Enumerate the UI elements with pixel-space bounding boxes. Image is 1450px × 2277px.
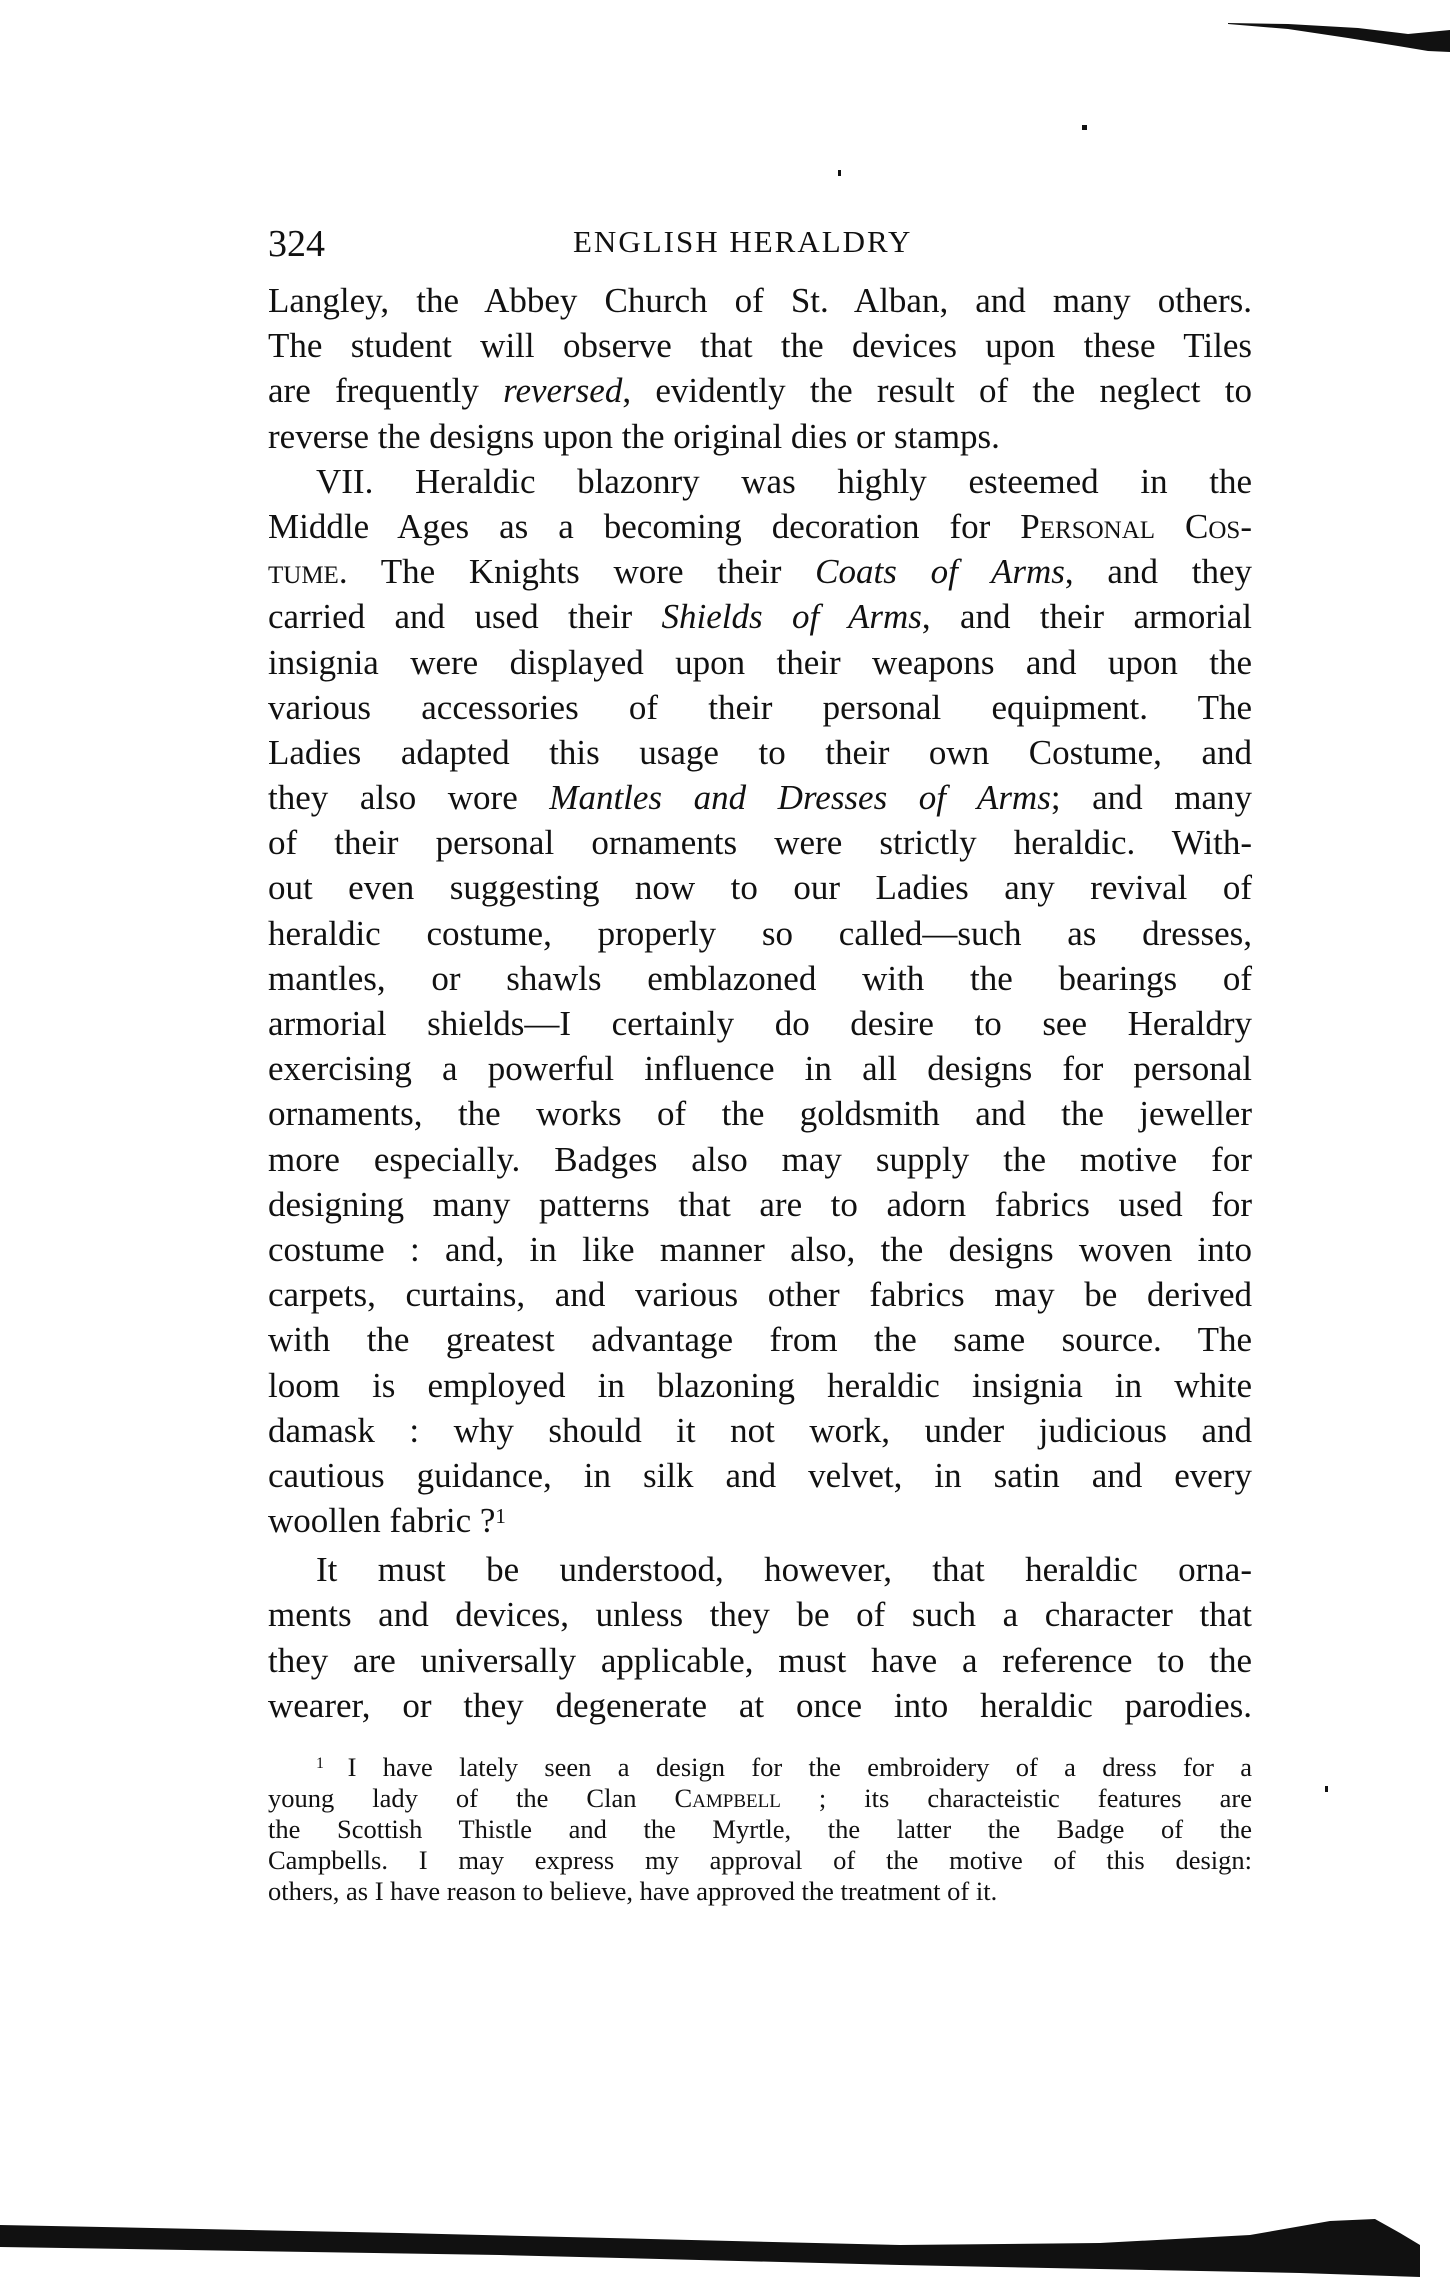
line-text: young lady of the Clan — [268, 1783, 675, 1813]
line-text: Langley, the Abbey Church of St. Alban, … — [268, 281, 1252, 320]
line-text: damask : why should it not work, under j… — [268, 1411, 1252, 1450]
text-line: with the greatest advantage from the sam… — [268, 1317, 1252, 1362]
line-text: the Scottish Thistle and the Myrtle, the… — [268, 1814, 1252, 1844]
italic-text: Coats of Arms — [815, 552, 1065, 591]
scan-edge-artifact-top — [1228, 22, 1450, 52]
text-line: others, as I have reason to believe, hav… — [268, 1876, 1252, 1907]
running-header: 324 ENGLISH HERALDRY — [268, 222, 1252, 272]
footnote-marker: 1 — [316, 1755, 348, 1772]
line-text: costume : and, in like manner also, the … — [268, 1230, 1252, 1269]
line-text: loom is employed in blazoning heraldic i… — [268, 1366, 1252, 1405]
footnote-reference: 1 — [495, 1504, 506, 1528]
line-text: they are universally applicable, must ha… — [268, 1641, 1252, 1680]
line-text: insignia were displayed upon their weapo… — [268, 643, 1252, 682]
line-text: heraldic costume, properly so called—suc… — [268, 914, 1252, 953]
italic-text: reversed — [503, 371, 622, 410]
text-line: they are universally applicable, must ha… — [268, 1638, 1252, 1683]
line-text: designing many patterns that are to ador… — [268, 1185, 1252, 1224]
text-line: It must be understood, however, that her… — [268, 1547, 1252, 1592]
line-text: carried and used their — [268, 597, 662, 636]
line-text: various accessories of their personal eq… — [268, 688, 1252, 727]
line-text: ornaments, the works of the goldsmith an… — [268, 1094, 1252, 1133]
line-text: I have lately seen a design for the embr… — [348, 1752, 1252, 1782]
text-line: armorial shields—I certainly do desire t… — [268, 1001, 1252, 1046]
text-line: cautious guidance, in silk and velvet, i… — [268, 1453, 1252, 1498]
running-title: ENGLISH HERALDRY — [573, 224, 912, 260]
text-line: 1 I have lately seen a design for the em… — [268, 1752, 1252, 1783]
italic-text: Shields of Arms — [662, 597, 922, 636]
text-line: carried and used their Shields of Arms, … — [268, 594, 1252, 639]
small-caps-text: Campbell — [675, 1783, 781, 1813]
line-text: out even suggesting now to our Ladies an… — [268, 868, 1252, 907]
page-number: 324 — [268, 222, 325, 266]
text-line: Langley, the Abbey Church of St. Alban, … — [268, 278, 1252, 323]
line-text: ; and many — [1051, 778, 1252, 817]
text-line: exercising a powerful influence in all d… — [268, 1046, 1252, 1091]
line-text: more especially. Badges also may supply … — [268, 1140, 1252, 1179]
text-line: the Scottish Thistle and the Myrtle, the… — [268, 1814, 1252, 1845]
line-text: ; its characteistic features are — [781, 1783, 1252, 1813]
line-text: of their personal ornaments were strictl… — [268, 823, 1252, 862]
text-line: out even suggesting now to our Ladies an… — [268, 865, 1252, 910]
line-text: others, as I have reason to believe, hav… — [268, 1876, 997, 1906]
text-line: loom is employed in blazoning heraldic i… — [268, 1363, 1252, 1408]
text-line: reverse the designs upon the original di… — [268, 414, 1252, 459]
text-line: designing many patterns that are to ador… — [268, 1182, 1252, 1227]
text-line: ments and devices, unless they be of suc… — [268, 1592, 1252, 1637]
small-caps-text: tume. — [268, 552, 348, 591]
scan-edge-artifact-bottom — [0, 2205, 1450, 2277]
line-text: reverse the designs upon the original di… — [268, 417, 1000, 456]
line-text: wearer, or they degenerate at once into … — [268, 1686, 1252, 1725]
scan-speck — [1325, 1786, 1328, 1792]
line-text: Ladies adapted this usage to their own C… — [268, 733, 1252, 772]
text-line: young lady of the Clan Campbell ; its ch… — [268, 1783, 1252, 1814]
text-line: they also wore Mantles and Dresses of Ar… — [268, 775, 1252, 820]
line-text: It must be understood, however, that her… — [316, 1550, 1252, 1589]
line-text: The student will observe that the device… — [268, 326, 1252, 365]
body-text: Langley, the Abbey Church of St. Alban, … — [268, 278, 1252, 1728]
line-text: ments and devices, unless they be of suc… — [268, 1595, 1252, 1634]
line-text: armorial shields—I certainly do desire t… — [268, 1004, 1252, 1043]
line-text: with the greatest advantage from the sam… — [268, 1320, 1252, 1359]
text-line: wearer, or they degenerate at once into … — [268, 1683, 1252, 1728]
text-line: more especially. Badges also may supply … — [268, 1137, 1252, 1182]
text-line: are frequently reversed, evidently the r… — [268, 368, 1252, 413]
text-line: ornaments, the works of the goldsmith an… — [268, 1091, 1252, 1136]
text-line: The student will observe that the device… — [268, 323, 1252, 368]
text-line: costume : and, in like manner also, the … — [268, 1227, 1252, 1272]
text-line: heraldic costume, properly so called—suc… — [268, 911, 1252, 956]
line-text: mantles, or shawls emblazoned with the b… — [268, 959, 1252, 998]
text-line: various accessories of their personal eq… — [268, 685, 1252, 730]
line-text: The Knights wore their — [348, 552, 816, 591]
text-line: woollen fabric ?1 — [268, 1498, 1252, 1543]
text-line: Ladies adapted this usage to their own C… — [268, 730, 1252, 775]
line-text: cautious guidance, in silk and velvet, i… — [268, 1456, 1252, 1495]
line-text: Campbells. I may express my approval of … — [268, 1845, 1252, 1875]
line-text: , and their armorial — [922, 597, 1252, 636]
text-line: mantles, or shawls emblazoned with the b… — [268, 956, 1252, 1001]
footnotes: 1 I have lately seen a design for the em… — [268, 1752, 1252, 1907]
text-line: insignia were displayed upon their weapo… — [268, 640, 1252, 685]
text-line: of their personal ornaments were strictl… — [268, 820, 1252, 865]
scan-speck — [838, 170, 841, 176]
line-text: exercising a powerful influence in all d… — [268, 1049, 1252, 1088]
text-line: Campbells. I may express my approval of … — [268, 1845, 1252, 1876]
italic-text: Mantles and Dresses of Arms — [549, 778, 1051, 817]
text-line: Middle Ages as a becoming decoration for… — [268, 504, 1252, 549]
line-text: Middle Ages as a becoming decoration for — [268, 507, 1020, 546]
line-text: are frequently — [268, 371, 503, 410]
line-text: woollen fabric ? — [268, 1501, 495, 1540]
small-caps-text: Personal Cos- — [1020, 507, 1252, 546]
line-text: VII. Heraldic blazonry was highly esteem… — [316, 462, 1252, 501]
text-line: carpets, curtains, and various other fab… — [268, 1272, 1252, 1317]
text-line: VII. Heraldic blazonry was highly esteem… — [268, 459, 1252, 504]
scan-speck — [1082, 125, 1087, 130]
line-text: they also wore — [268, 778, 549, 817]
line-text: carpets, curtains, and various other fab… — [268, 1275, 1252, 1314]
text-line: damask : why should it not work, under j… — [268, 1408, 1252, 1453]
line-text: , and they — [1065, 552, 1252, 591]
line-text: , evidently the result of the neglect to — [622, 371, 1252, 410]
text-line: tume. The Knights wore their Coats of Ar… — [268, 549, 1252, 594]
